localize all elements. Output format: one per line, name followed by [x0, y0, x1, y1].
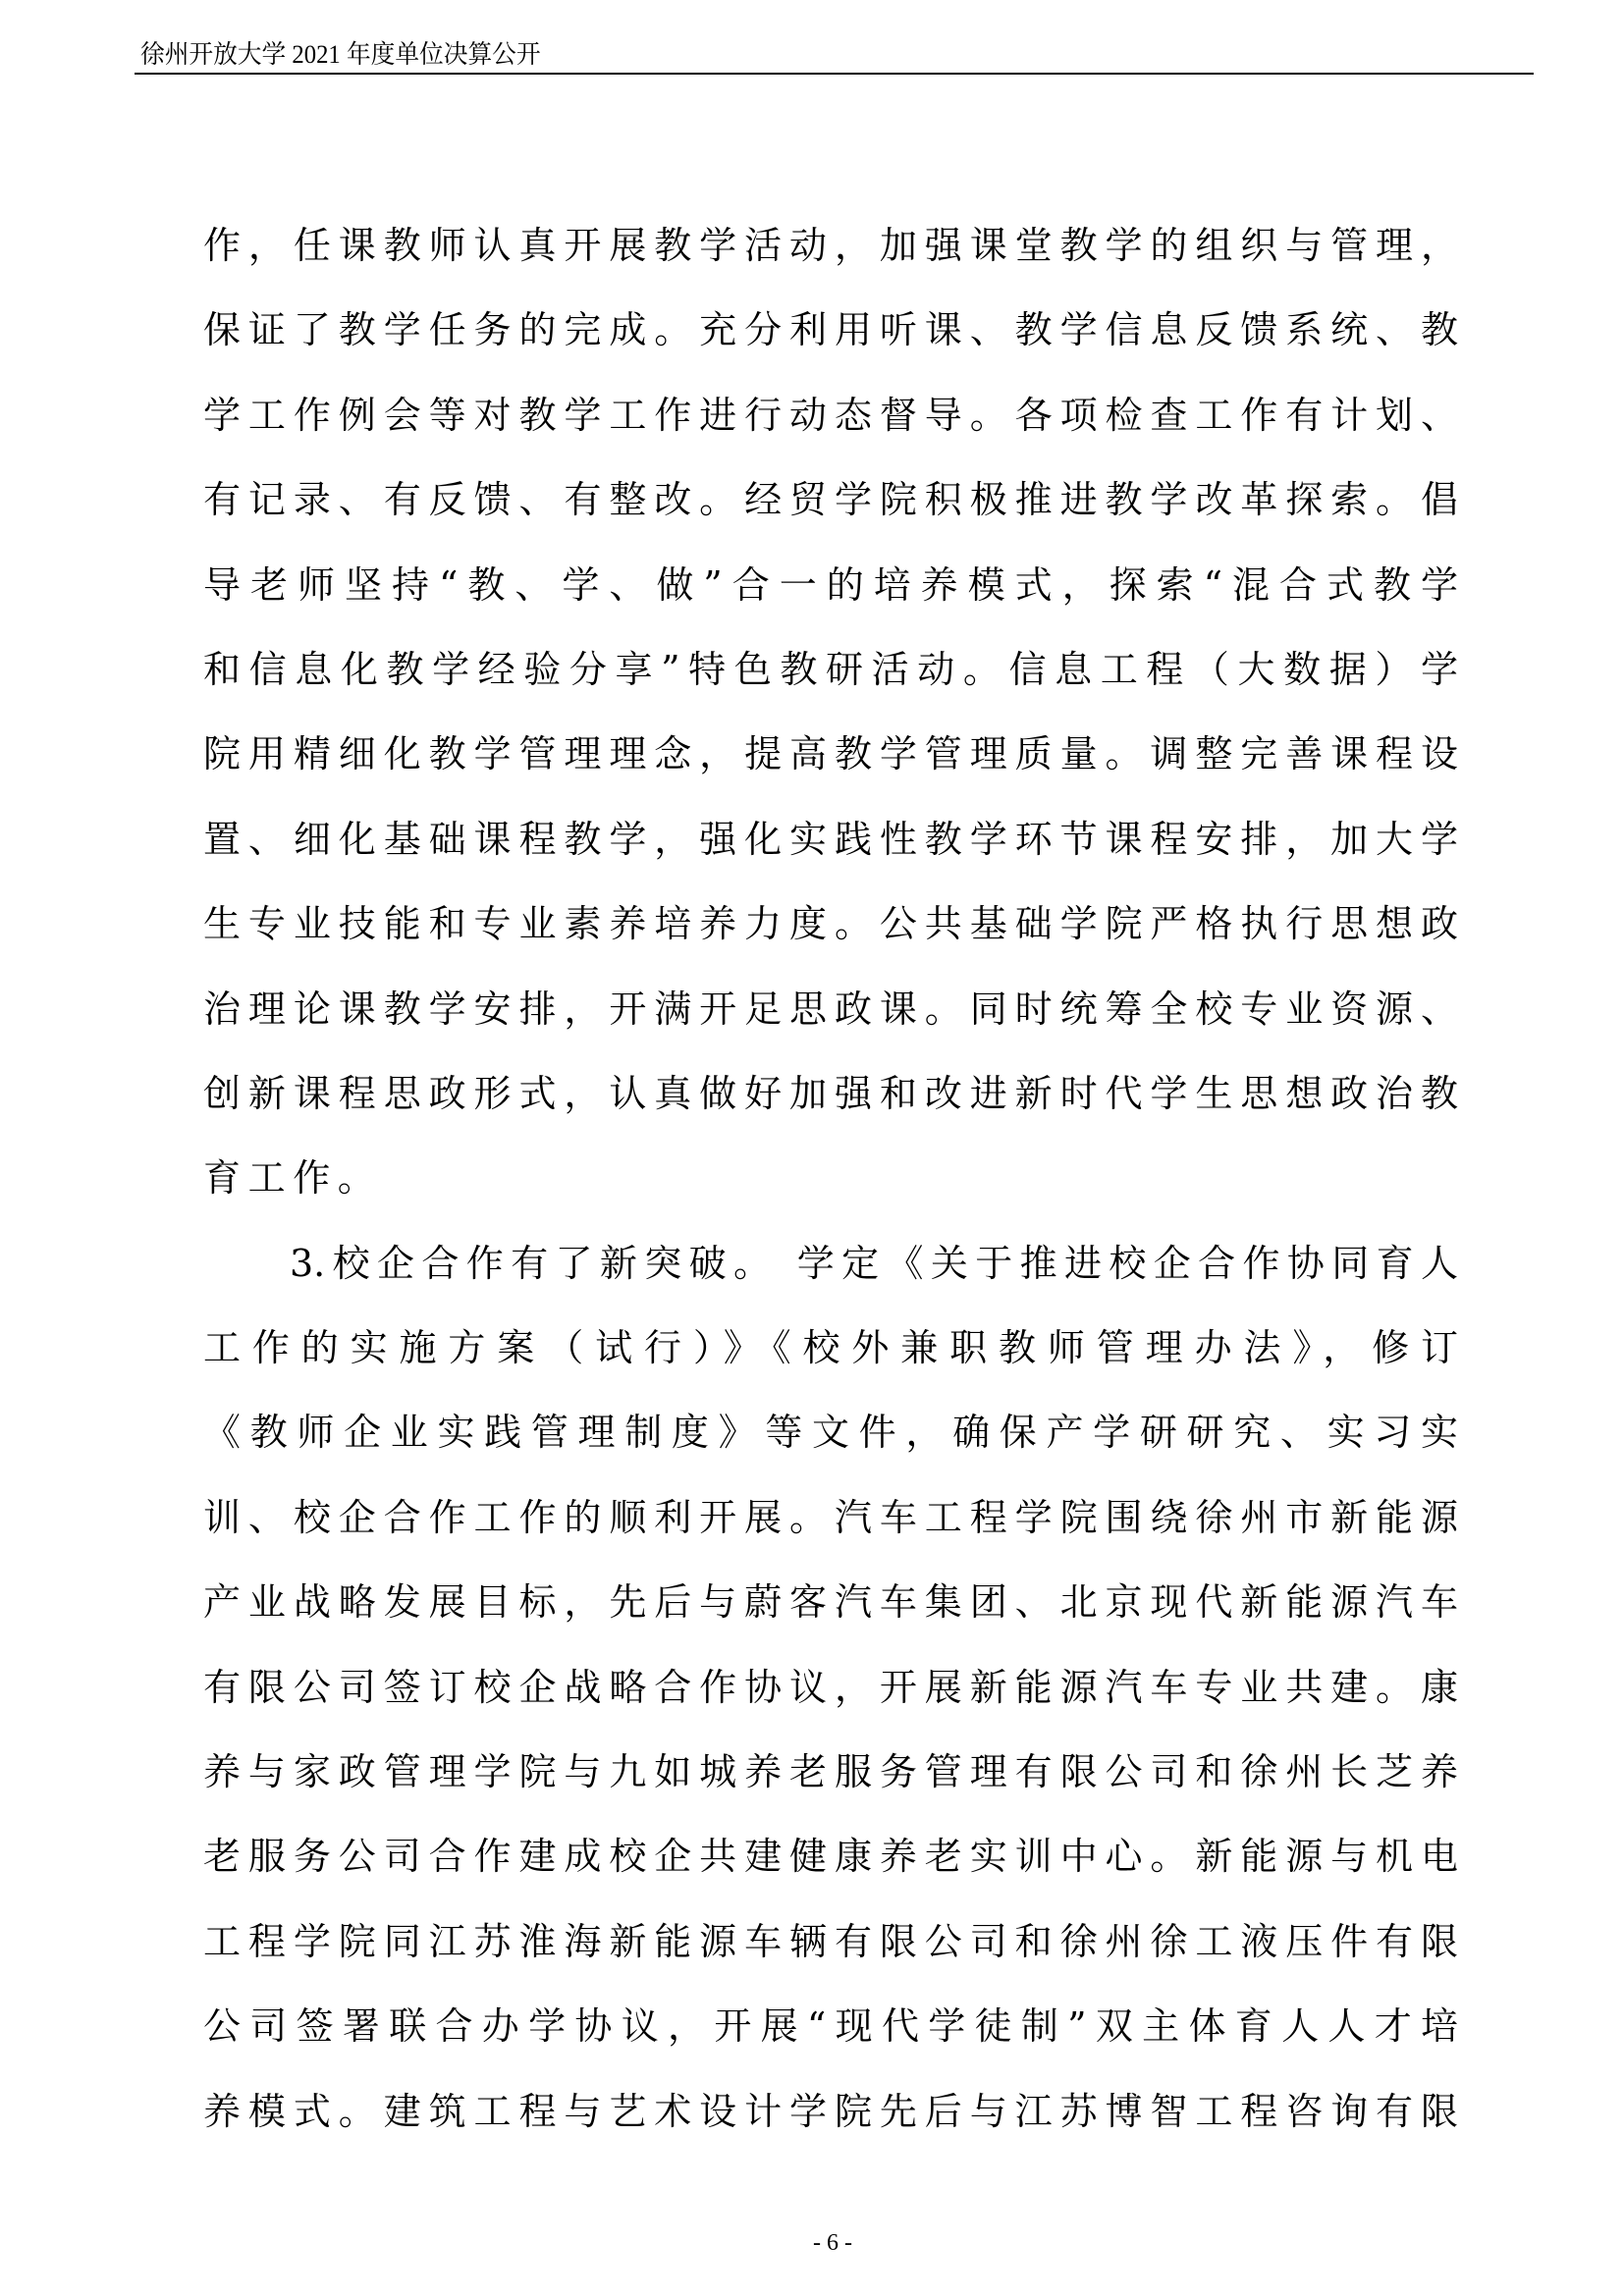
- paragraph-end-line: 育工作。: [203, 1136, 1458, 1220]
- text-line: 有限公司签订校企战略合作协议，开展新能源汽车专业共建。康: [203, 1645, 1458, 1730]
- text-line: 老服务公司合作建成校企共建健康养老实训中心。新能源与机电: [203, 1814, 1458, 1898]
- text-line: 《教师企业实践管理制度》等文件，确保产学研研究、实习实: [203, 1390, 1458, 1474]
- text-line: 工作的实施方案（试行）》《校外兼职教师管理办法》，修订: [203, 1306, 1458, 1390]
- text-line: 和信息化教学经验分享”特色教研活动。信息工程（大数据）学: [203, 627, 1458, 712]
- text-line: 置、细化基础课程教学，强化实践性教学环节课程安排，加大学: [203, 797, 1458, 881]
- document-page: 徐州开放大学 2021 年度单位决算公开 作，任课教师认真开展教学活动，加强课堂…: [0, 0, 1624, 2296]
- text-line: 有记录、有反馈、有整改。经贸学院积极推进教学改革探索。倡: [203, 457, 1458, 542]
- text-line: 公司签署联合办学协议，开展“现代学徒制”双主体育人人才培: [203, 1984, 1458, 2068]
- text-line: 工程学院同江苏淮海新能源车辆有限公司和徐州徐工液压件有限: [203, 1899, 1458, 1984]
- text-line: 生专业技能和专业素养培养力度。公共基础学院严格执行思想政: [203, 881, 1458, 966]
- text-line: 产业战略发展目标，先后与蔚客汽车集团、北京现代新能源汽车: [203, 1560, 1458, 1644]
- text-line: 保证了教学任务的完成。充分利用听课、教学信息反馈系统、教: [203, 288, 1458, 372]
- body-text: 作，任课教师认真开展教学活动，加强课堂教学的组织与管理， 保证了教学任务的完成。…: [203, 203, 1458, 2154]
- text-line: 导老师坚持“教、学、做”合一的培养模式，探索“混合式教学: [203, 543, 1458, 627]
- text-line: 养与家政管理学院与九如城养老服务管理有限公司和徐州长芝养: [203, 1730, 1458, 1814]
- text-line: 训、校企合作工作的顺利开展。汽车工程学院围绕徐州市新能源: [203, 1475, 1458, 1560]
- text-line: 创新课程思政形式，认真做好加强和改进新时代学生思想政治教: [203, 1051, 1458, 1136]
- running-header: 徐州开放大学 2021 年度单位决算公开: [140, 39, 541, 71]
- text-line: 治理论课教学安排，开满开足思政课。同时统筹全校专业资源、: [203, 967, 1458, 1051]
- page-number: - 6 -: [0, 2228, 1624, 2258]
- header-divider: [135, 73, 1534, 75]
- text-line: 院用精细化教学管理理念，提高教学管理质量。调整完善课程设: [203, 712, 1458, 796]
- text-line: 学工作例会等对教学工作进行动态督导。各项检查工作有计划、: [203, 373, 1458, 457]
- text-line: 养模式。建筑工程与艺术设计学院先后与江苏博智工程咨询有限: [203, 2069, 1458, 2154]
- section-heading-line: 3.校企合作有了新突破。 学定《关于推进校企合作协同育人: [203, 1221, 1458, 1306]
- text-line: 作，任课教师认真开展教学活动，加强课堂教学的组织与管理，: [203, 203, 1458, 288]
